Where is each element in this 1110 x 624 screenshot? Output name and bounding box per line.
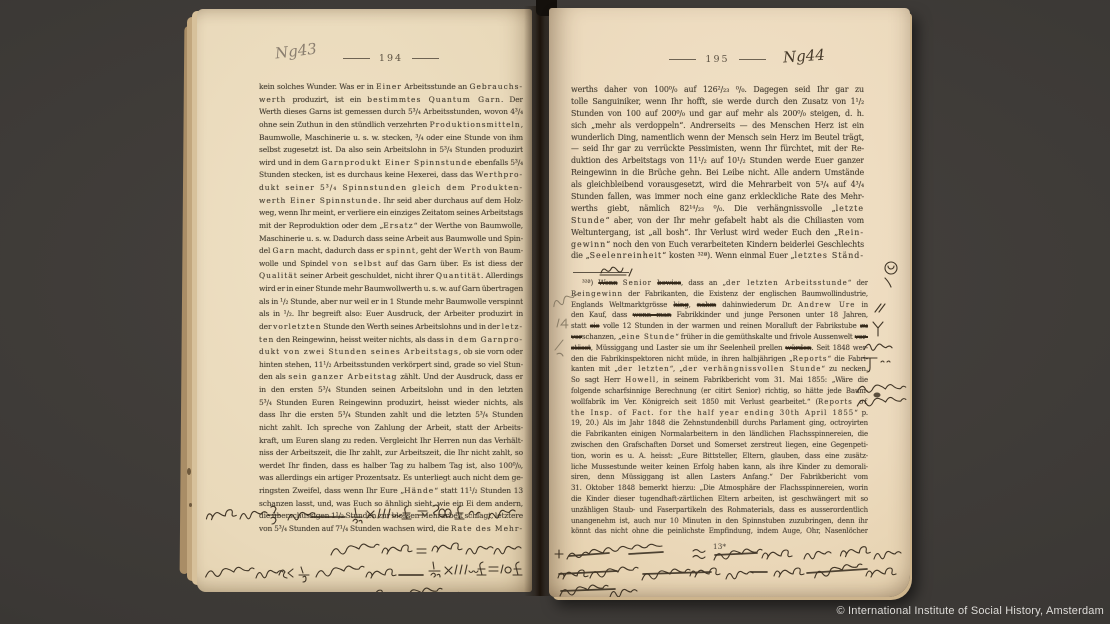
text-line: der vorletzten Stunde den Werth seines A… — [259, 321, 523, 334]
text-line: dukt seiner 5³/₄ Spinnstunden gleich dem… — [259, 182, 523, 195]
text-line: siren, denn Müssiggang ist allen Lasters… — [571, 472, 868, 483]
text-line: wird er in einer Stunde mehr Baumwollwer… — [259, 283, 523, 296]
copyright-notice: © International Institute of Social Hist… — [836, 605, 1104, 617]
text-line: die Fabrikanten einigen Normalarbeitern … — [571, 429, 868, 440]
text-line: dass Ihr die ersten 5³/₄ Stunden zahlt u… — [259, 409, 523, 422]
text-line: Qualität seiner Arbeit geschuldet, nicht… — [259, 270, 523, 283]
text-line: Stunde“ aber, von der Ihr mehr gefabelt … — [571, 215, 864, 227]
text-line: selbst zugesetzt ist. Da also sein Arbei… — [259, 144, 523, 157]
text-line: könnt das nicht ohne die peinlichste Emp… — [571, 526, 868, 537]
text-line: werth Einer Spinnstunde. Ihr seid aber d… — [259, 195, 523, 208]
text-line: Stunden stecken, ist es durchaus keine H… — [259, 169, 523, 182]
book-scan-photo: Ng43 194 kein solches Wunder. Was er in … — [0, 0, 1110, 624]
text-line: the Insp. of Fact. for the half year end… — [571, 408, 868, 419]
text-line: als gleichbleibend vorausgesetzt, wird d… — [571, 179, 864, 191]
text-line: 31. Oktober 1848 bemerkt hierzu: „Die At… — [571, 483, 868, 494]
text-line: unzähligen Staub- und Faserpartikeln des… — [571, 505, 868, 516]
text-line: ohne sein Zuthun in den stündlich verzeh… — [259, 119, 523, 132]
text-line: kein solches Wunder. Was er in Einer Arb… — [259, 81, 523, 94]
text-line: den die Fabrikinspektoren nicht müde, in… — [571, 354, 868, 365]
right-page-body-text: werths daher von 100⁰/₀ auf 126²/₂₃ ⁰/₀.… — [571, 84, 864, 262]
text-line: den als sein ganzer Arbeitstag zählt. Un… — [259, 371, 523, 384]
text-line: stösst, Müssiggang und Laster sie um ihr… — [571, 343, 868, 354]
text-line: zwischen den Grafschaften Dorset und Som… — [571, 440, 868, 451]
text-line: Reingewinn der Fabrikanten, die Existenz… — [571, 289, 868, 300]
text-line: werth produzirt, ist ein bestimmtes Quan… — [259, 94, 523, 107]
header-rule — [669, 59, 696, 60]
text-line: wird und in dem Garnprodukt Einer Spinns… — [259, 157, 523, 170]
handwritten-correction — [599, 264, 635, 278]
text-line: die „Seelenreinheit“ kosten ³²ª). Wenn e… — [571, 250, 864, 262]
header-rule — [412, 58, 439, 59]
handwritten-calculations — [205, 505, 527, 592]
text-line: folgende scharfsinnige Berechnung (er ci… — [571, 386, 868, 397]
text-line: weg, wenn Ihr meint, er verliere ein ein… — [259, 207, 523, 220]
footnote-text: ³²ª) Wenn Senior bewies, dass an „der le… — [571, 278, 868, 537]
page-edge-stain — [187, 468, 191, 475]
handwritten-notes — [555, 546, 907, 597]
text-line: 5³/₄ Stunden Euren Reingewinn produzirt,… — [259, 397, 523, 410]
text-line: statt sie volle 12 Stunden in der warmen… — [571, 321, 868, 332]
text-line: Englands Weltmarktgrösse hing, nahm dahi… — [571, 300, 868, 311]
text-line: gewinn“ noch den von Euch verarbeiteten … — [571, 239, 864, 251]
text-line: ringsten Zweifel, dass wenn Ihr Eure „Hä… — [259, 485, 523, 498]
text-line: liche Mussestunde weiter keinen Erfolg h… — [571, 462, 868, 473]
left-page: Ng43 194 kein solches Wunder. Was er in … — [197, 9, 532, 592]
text-line: unangenehm ist, auch nur 10 Minuten in d… — [571, 516, 868, 527]
text-line: wolle und Spindel von selbst auf das Gar… — [259, 258, 523, 271]
text-line: Stunden von 100 auf 200⁰/₀ und gar auf m… — [571, 108, 864, 120]
text-line: Maschinerie u. s. w. Dadurch dass seine … — [259, 233, 523, 246]
text-line: die Kinder dieser tugendhaft-zärtlichen … — [571, 494, 868, 505]
text-line: Stunden fallen, was immer noch eine ganz… — [571, 191, 864, 203]
text-line: sich „mehr als verdoppeln“. Andrerseits … — [571, 120, 864, 132]
text-line: Baumwolle, Maschinerie u. s. w. stecken,… — [259, 132, 523, 145]
text-line: werths daher von 100⁰/₀ auf 126²/₂₃ ⁰/₀.… — [571, 84, 864, 96]
right-page: Ng44 195 werths daher von 100⁰/₀ auf 126… — [549, 8, 910, 597]
header-rule — [739, 59, 766, 60]
text-line: wunderlich Ding, namentlich wenn der Men… — [571, 132, 864, 144]
text-line: So sagt Herr Howell, in seinem Fabrikber… — [571, 375, 868, 386]
text-line: tion, worin es u. A. heisst: „Eure Bitts… — [571, 451, 868, 462]
text-line: — seid Ihr gar zu verrückte Pessimisten,… — [571, 143, 864, 155]
text-line: nicht zahlt. Ich spreche von Zahlung der… — [259, 422, 523, 435]
text-line: 19, 20.) Als im Jahr 1848 die Zehnstunde… — [571, 418, 868, 429]
text-line: als in ¹/₂. Ihr begreift also: Euer Ausd… — [259, 308, 523, 321]
right-page-number: 195 — [705, 54, 729, 65]
text-line: mit der Reproduktion oder dem „Ersatz“ d… — [259, 220, 523, 233]
text-line: in den ersten 5³/₄ Stunden seinen Arbeit… — [259, 384, 523, 397]
left-page-header: 194 — [259, 53, 523, 64]
header-rule — [343, 58, 370, 59]
pencil-margin-marks — [551, 294, 573, 364]
text-line: tolle Sanguiniker, wenn Ihr hofft, sie w… — [571, 96, 864, 108]
text-line: ten den Reingewinn, heisst weiter nichts… — [259, 334, 523, 347]
text-line: Werth dieses Garns ist gemessen durch 5³… — [259, 106, 523, 119]
text-line: Weltuntergang, ist „all bosh“. Ihr Verlu… — [571, 227, 864, 239]
text-line: hinten stehen, 11¹/₂ Arbeitsstunden verk… — [259, 359, 523, 372]
text-line: ³²ª) Wenn Senior bewies, dass an „der le… — [571, 278, 868, 289]
text-line: werdet Ihr finden, dass es halber Tag zu… — [259, 460, 523, 473]
text-line: wollfabrik im Ver. Königreich seit 1850 … — [571, 397, 868, 408]
text-line: kanten mit „der letzten“, „der verhängni… — [571, 364, 868, 375]
text-line: kraft, um Euren slang zu reden. Vergleic… — [259, 435, 523, 448]
ink-margin-scrawls — [847, 256, 909, 426]
text-line: del Garn macht, dadurch dass er spinnt, … — [259, 245, 523, 258]
text-line: den Kauf, dass wenn man Fabrikkinder und… — [571, 310, 868, 321]
text-line: Reingewinn in die Brüche gehn. Bei Leibe… — [571, 167, 864, 179]
left-page-number: 194 — [379, 53, 403, 64]
left-page-body-text: kein solches Wunder. Was er in Einer Arb… — [259, 81, 523, 536]
right-page-header: 195 — [571, 54, 864, 65]
text-line: verschanzen, „eine Stunde“ früher in die… — [571, 332, 868, 343]
text-line: was allerdings ein artiger Prozentsatz. … — [259, 472, 523, 485]
text-line: niss der Arbeitszeit, die Ihr zahlt, zur… — [259, 447, 523, 460]
page-edge-stain — [189, 503, 192, 507]
text-line: werths giebt, nämlich 82¹⁴/₂₃ ⁰/₀. Die v… — [571, 203, 864, 215]
text-line: duktion des Arbeitstags von 11¹/₂ auf 10… — [571, 155, 864, 167]
text-line: dukt von zwei Stunden seines Arbeitstags… — [259, 346, 523, 359]
text-line: als in ¹/₂ Stunde, aber nur weil er in 1… — [259, 296, 523, 309]
